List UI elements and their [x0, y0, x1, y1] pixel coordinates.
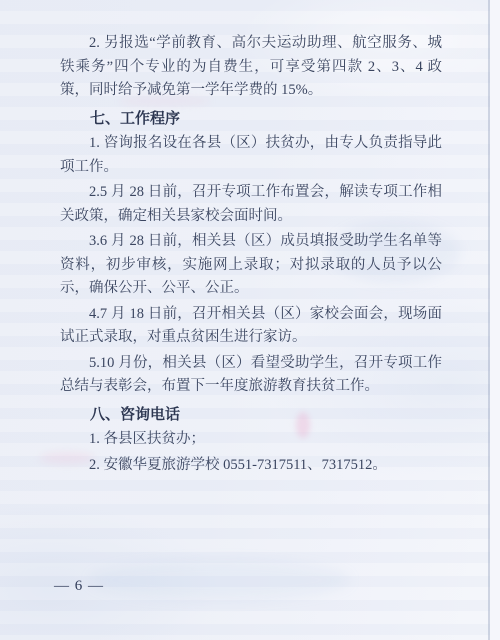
- section-heading-procedures: 七、工作程序: [60, 107, 442, 131]
- page-edge-margin: [490, 0, 500, 640]
- page-number: — 6 —: [54, 578, 104, 595]
- paragraph-step-2: 2.5 月 28 日前，召开专项工作布置会，解读专项工作相关政策，确定相关县家校…: [60, 181, 442, 228]
- paragraph-step-5: 5.10 月份，相关县（区）看望受助学生，召开专项工作总结与表彰会，布置下一年度…: [60, 352, 442, 399]
- paragraph-step-1: 1. 咨询报名设在各县（区）扶贫办，由专人负责指导此项工作。: [60, 132, 442, 179]
- document-body: 2. 另报选“学前教育、高尔夫运动助理、航空服务、城铁乘务”四个专业的为自费生，…: [60, 32, 442, 479]
- paragraph-step-4: 4.7 月 18 日前，召开相关县（区）家校会面会，现场面试正式录取，对重点贫困…: [60, 303, 442, 350]
- paragraph-step-3: 3.6 月 28 日前，相关县（区）成员填报受助学生名单等资料，初步审核，实施网…: [60, 230, 442, 301]
- section-heading-contact-phone: 八、咨询电话: [60, 403, 442, 427]
- page-edge-line: [488, 0, 490, 640]
- paragraph-contact-2: 2. 安徽华夏旅游学校 0551-7317511、7317512。: [60, 454, 442, 478]
- paragraph-tuition-policy: 2. 另报选“学前教育、高尔夫运动助理、航空服务、城铁乘务”四个专业的为自费生，…: [60, 32, 442, 103]
- scanned-document-page: 2. 另报选“学前教育、高尔夫运动助理、航空服务、城铁乘务”四个专业的为自费生，…: [0, 0, 500, 640]
- bleedthrough-smudge: [90, 560, 350, 600]
- paragraph-contact-1: 1. 各县区扶贫办；: [60, 428, 442, 452]
